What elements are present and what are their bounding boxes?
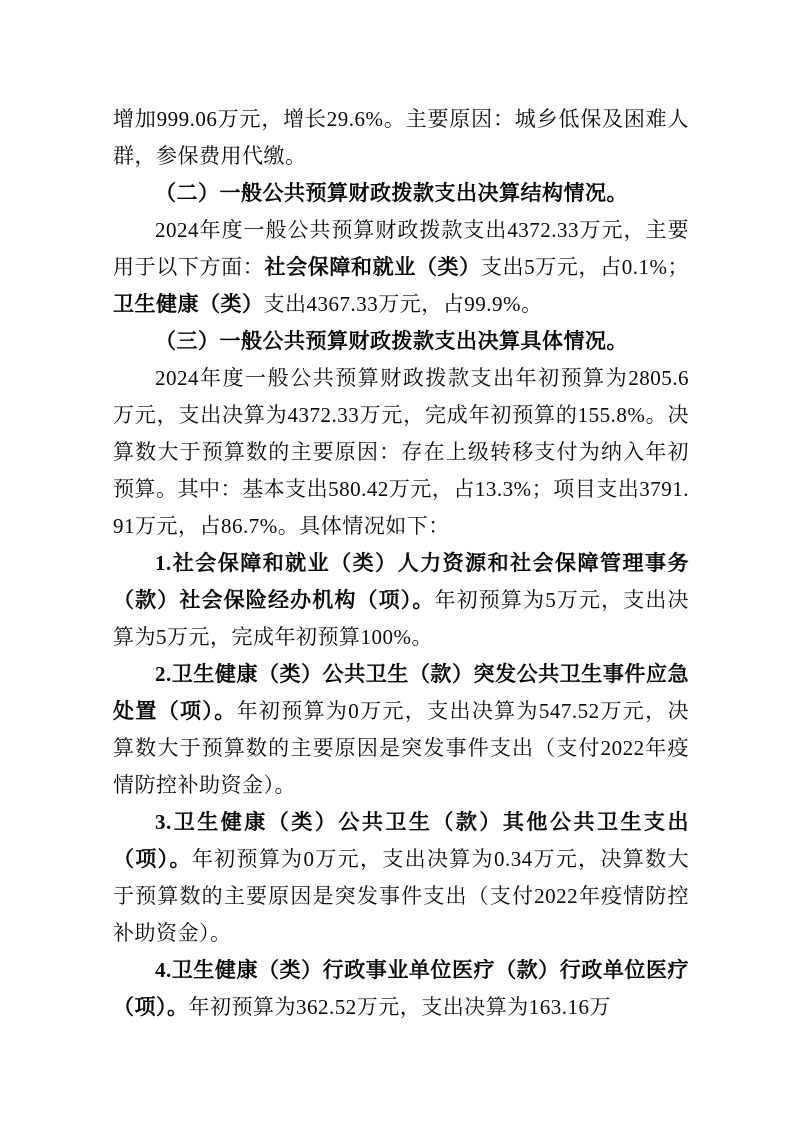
expenditure-detail-paragraph: 2024年度一般公共预算财政拨款支出年初预算为2805.6万元，支出决算为437… <box>113 360 689 545</box>
category-social-security-label: 社会保障和就业（类） <box>264 255 480 279</box>
section-heading-iii: （三）一般公共预算财政拨款支出决算具体情况。 <box>113 323 689 360</box>
paragraph-text: 增加999.06万元，增长29.6%。主要原因：城乡低保及困难人群，参保费用代缴… <box>113 107 689 168</box>
heading-text: （二）一般公共预算财政拨款支出决算结构情况。 <box>155 181 628 205</box>
item-1-paragraph: 1.社会保障和就业（类）人力资源和社会保障管理事务（款）社会保险经办机构（项）。… <box>113 545 689 656</box>
paragraph-text: 支出5万元，占0.1%； <box>481 255 689 279</box>
paragraph-text: 支出4367.33万元，占99.9%。 <box>264 292 543 316</box>
section-heading-ii: （二）一般公共预算财政拨款支出决算结构情况。 <box>113 175 689 212</box>
item-4-paragraph: 4.卫生健康（类）行政事业单位医疗（款）行政单位医疗（项）。年初预算为362.5… <box>113 952 689 1026</box>
paragraph-text: 年初预算为362.52万元，支出决算为163.16万 <box>189 995 612 1019</box>
document-page: 增加999.06万元，增长29.6%。主要原因：城乡低保及困难人群，参保费用代缴… <box>0 0 793 1122</box>
category-health-label: 卫生健康（类） <box>113 292 264 316</box>
paragraph-text: 2024年度一般公共预算财政拨款支出年初预算为2805.6万元，支出决算为437… <box>113 366 689 538</box>
carryover-paragraph: 增加999.06万元，增长29.6%。主要原因：城乡低保及困难人群，参保费用代缴… <box>113 101 689 175</box>
paragraph-text: 年初预算为0万元，支出决算为0.34万元，决算数大于预算数的主要原因是突发事件支… <box>113 847 689 945</box>
item-2-paragraph: 2.卫生健康（类）公共卫生（款）突发公共卫生事件应急处置（项）。年初预算为0万元… <box>113 656 689 804</box>
heading-text: （三）一般公共预算财政拨款支出决算具体情况。 <box>155 329 628 353</box>
item-3-paragraph: 3.卫生健康（类）公共卫生（款）其他公共卫生支出（项）。年初预算为0万元，支出决… <box>113 804 689 952</box>
expenditure-structure-paragraph: 2024年度一般公共预算财政拨款支出4372.33万元，主要用于以下方面：社会保… <box>113 212 689 323</box>
